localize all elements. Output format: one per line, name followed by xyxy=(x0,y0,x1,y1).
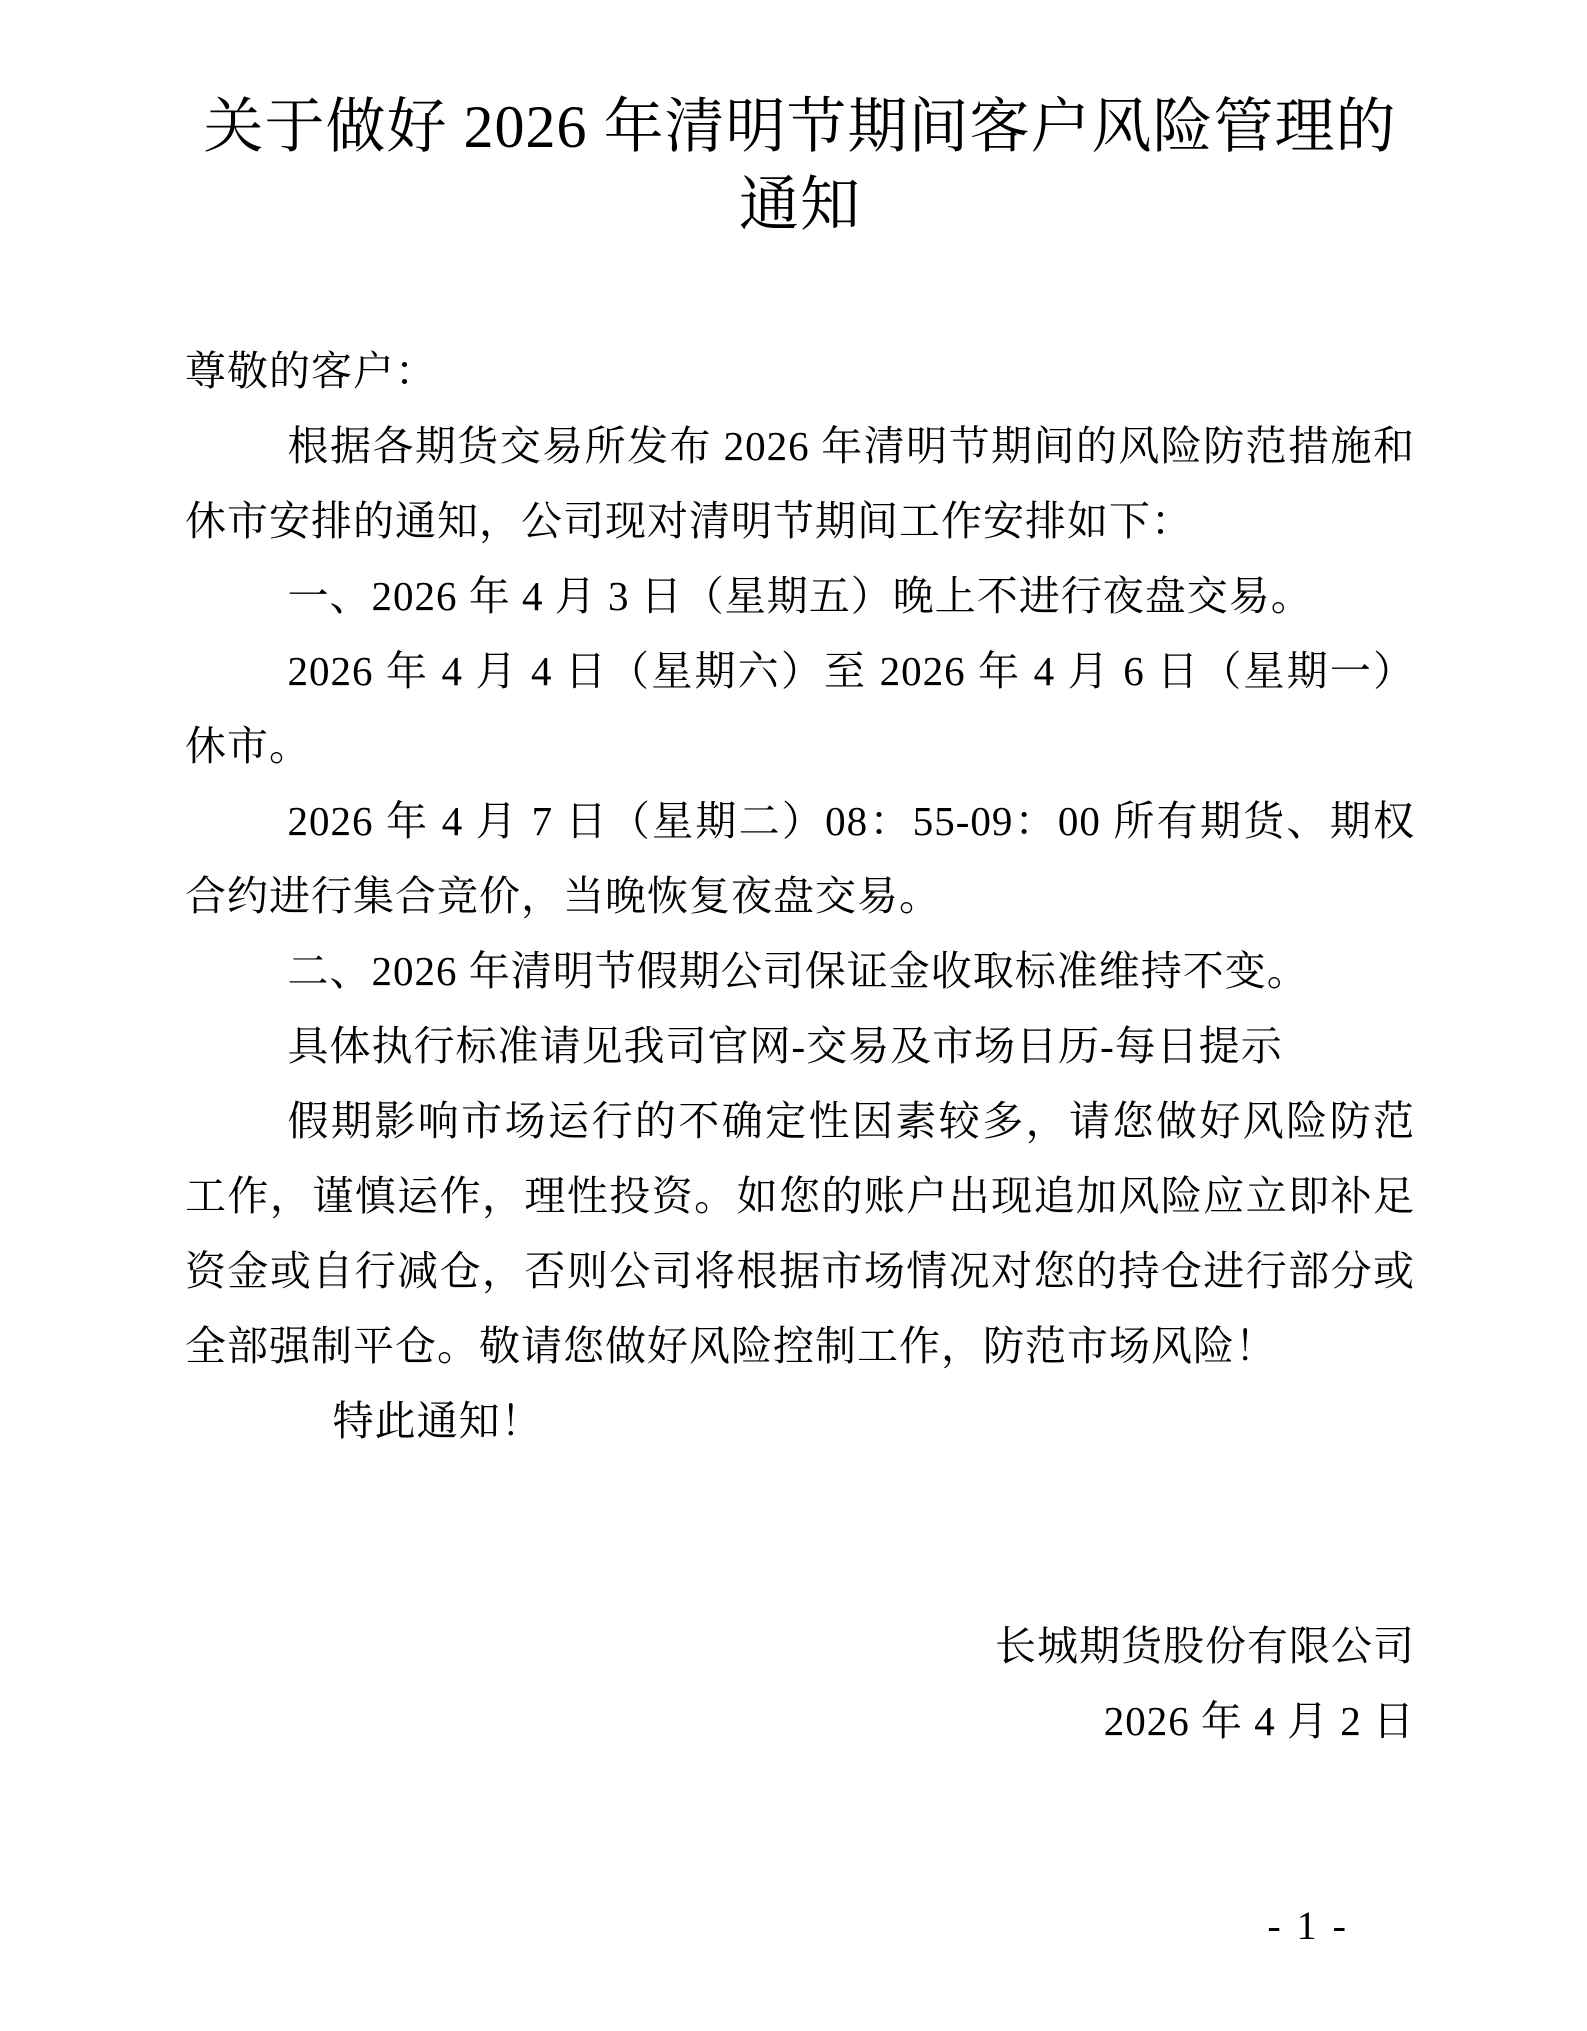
paragraph-item-2-margin-standard: 二、2026 年清明节假期公司保证金收取标准维持不变。 xyxy=(185,934,1415,1009)
paragraph-official-site-reference: 具体执行标准请见我司官网-交易及市场日历-每日提示 xyxy=(185,1009,1415,1084)
paragraph-reopen-auction: 2026 年 4 月 7 日（星期二）08：55-09：00 所有期货、期权合约… xyxy=(185,784,1415,934)
signature-company: 长城期货股份有限公司 xyxy=(185,1609,1415,1684)
paragraph-risk-warning: 假期影响市场运行的不确定性因素较多，请您做好风险防范工作，谨慎运作，理性投资。如… xyxy=(185,1084,1415,1384)
paragraph-market-closed-dates: 2026 年 4 月 4 日（星期六）至 2026 年 4 月 6 日（星期一）… xyxy=(185,634,1415,784)
document-title: 关于做好 2026 年清明节期间客户风险管理的通知 xyxy=(185,88,1415,244)
signature-date: 2026 年 4 月 2 日 xyxy=(185,1684,1415,1759)
paragraph-intro: 根据各期货交易所发布 2026 年清明节期间的风险防范措施和休市安排的通知，公司… xyxy=(185,409,1415,559)
page-number: - 1 - xyxy=(1267,1902,1349,1949)
notice-page: 关于做好 2026 年清明节期间客户风险管理的通知 尊敬的客户： 根据各期货交易… xyxy=(0,0,1587,2031)
salutation: 尊敬的客户： xyxy=(185,334,1415,409)
signature-block: 长城期货股份有限公司 2026 年 4 月 2 日 xyxy=(185,1609,1415,1759)
closing-statement: 特此通知！ xyxy=(185,1384,1415,1459)
paragraph-item-1-night-session: 一、2026 年 4 月 3 日（星期五）晚上不进行夜盘交易。 xyxy=(185,559,1415,634)
